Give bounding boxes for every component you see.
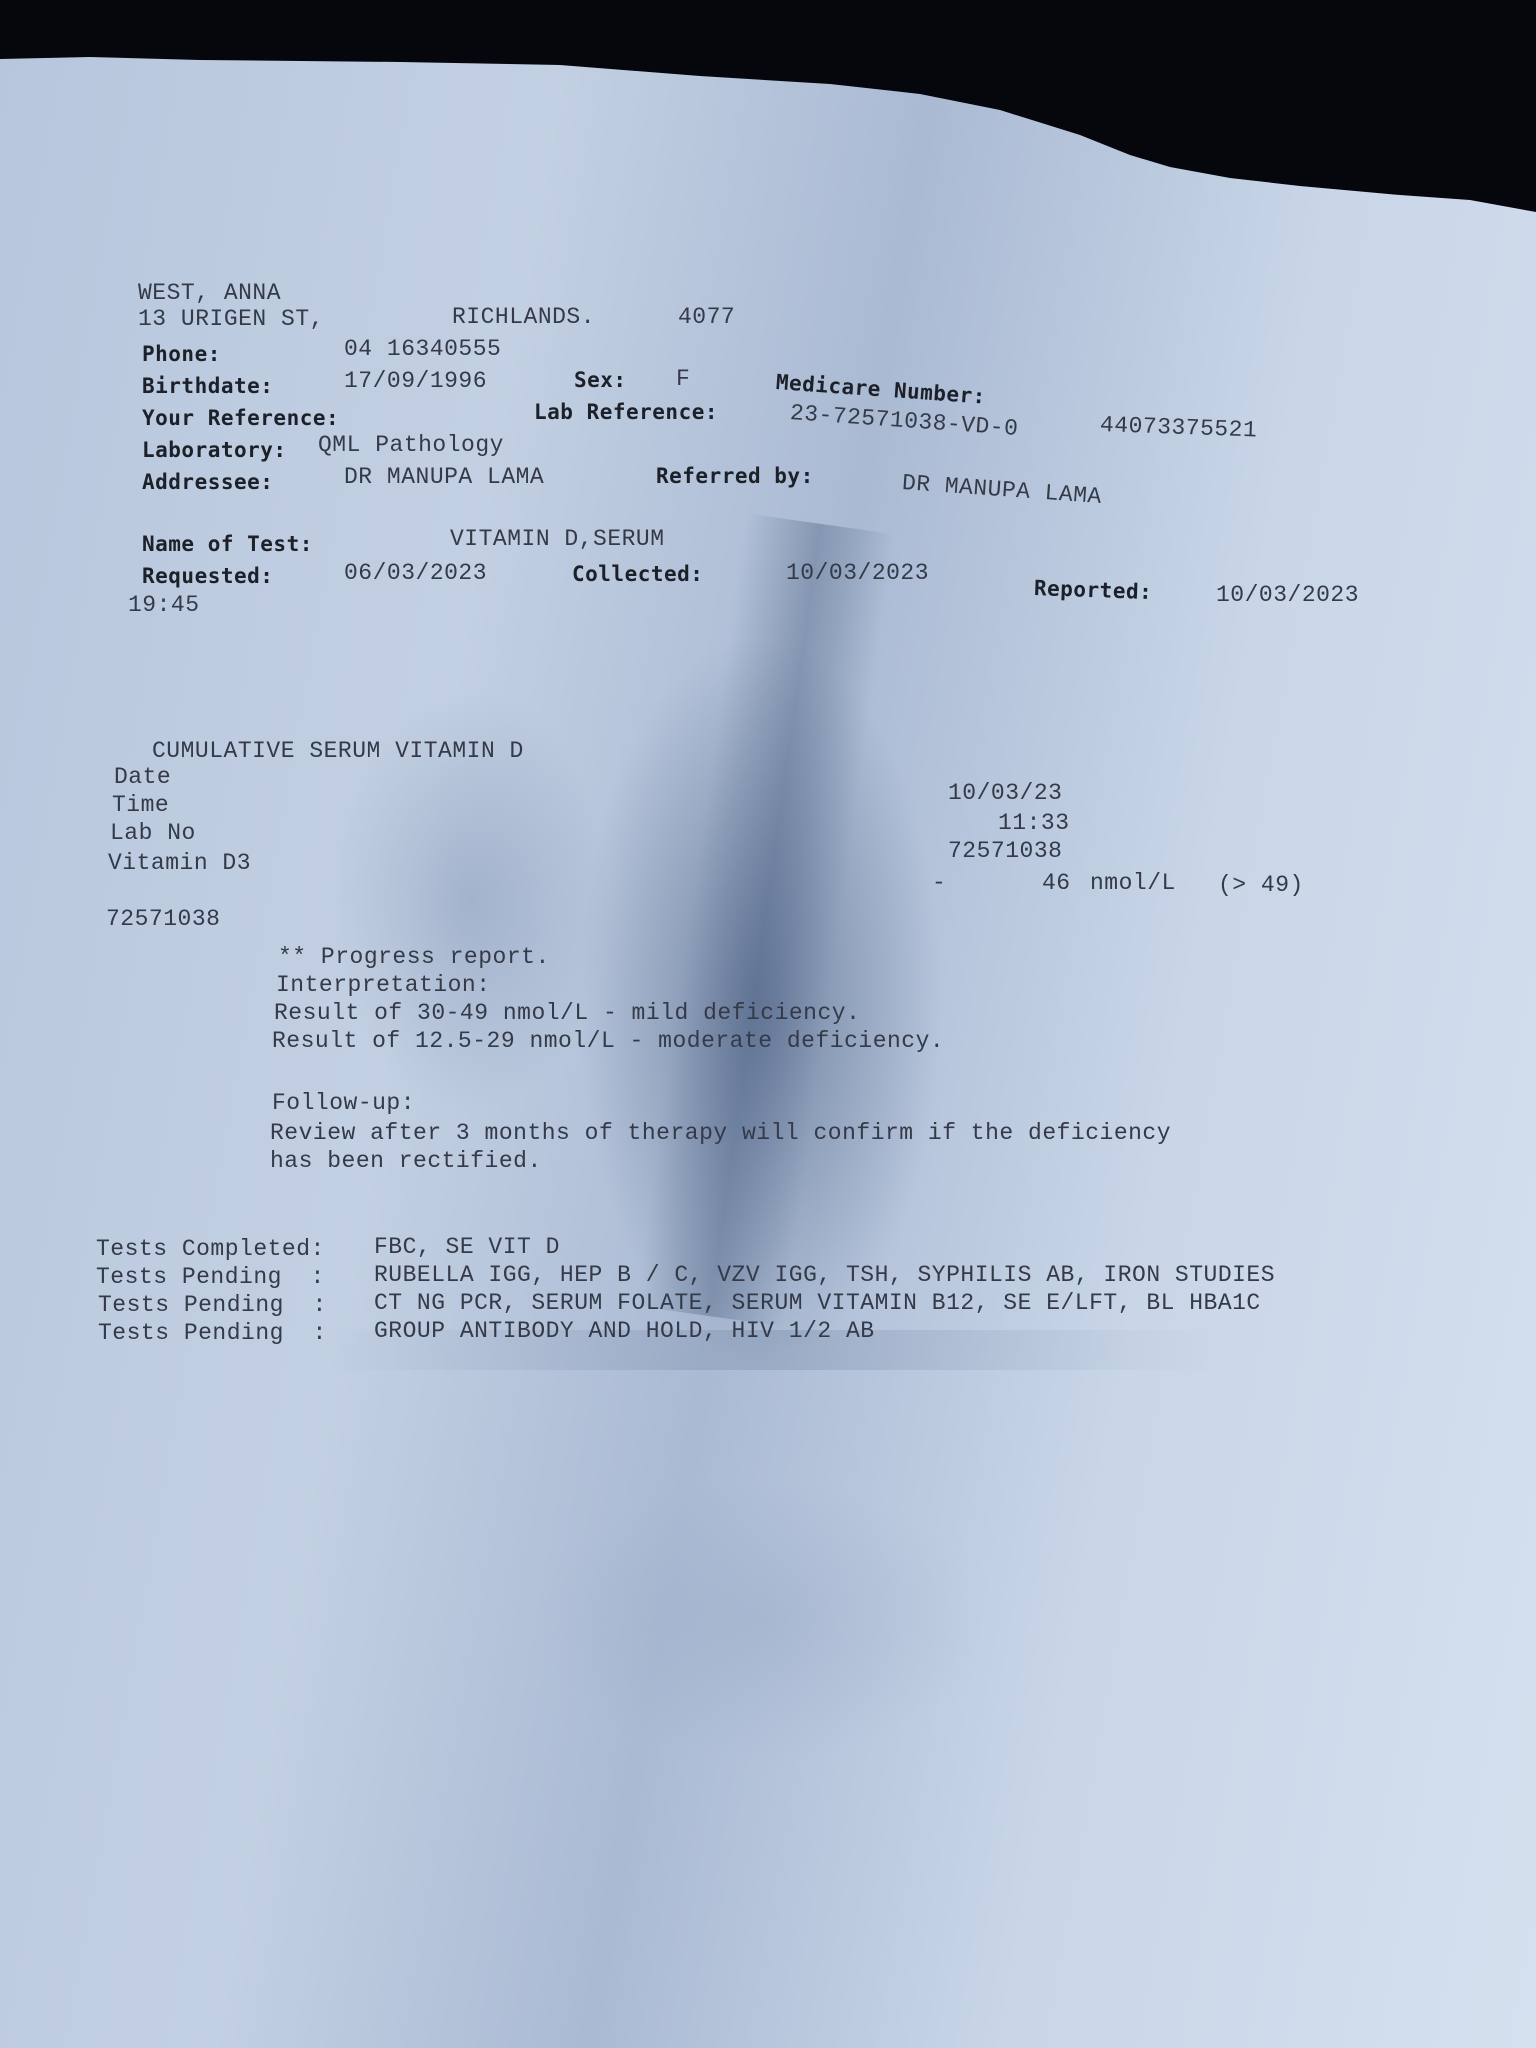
sex-label: Sex: bbox=[574, 368, 627, 392]
tests-pending-value-2: CT NG PCR, SERUM FOLATE, SERUM VITAMIN B… bbox=[374, 1290, 1261, 1316]
lab-report-paper: WEST, ANNA 13 URIGEN ST, RICHLANDS. 4077… bbox=[0, 0, 1536, 2048]
tests-completed-label: Tests Completed: bbox=[96, 1236, 325, 1262]
laboratory-label: Laboratory: bbox=[142, 438, 287, 462]
laboratory-value: QML Pathology bbox=[318, 432, 504, 458]
reported-value: 10/03/2023 bbox=[1216, 582, 1359, 608]
referred-by-value: DR MANUPA LAMA bbox=[901, 470, 1103, 510]
tests-pending-label-2: Tests Pending : bbox=[98, 1292, 327, 1318]
requested-label: Requested: bbox=[142, 564, 273, 588]
birthdate-label: Birthdate: bbox=[142, 374, 273, 398]
progress-report-note: ** Progress report. bbox=[278, 944, 550, 970]
patient-name: WEST, ANNA bbox=[138, 280, 281, 306]
result-value-vitamin-d3: 46 bbox=[1042, 870, 1071, 896]
test-name-value: VITAMIN D,SERUM bbox=[450, 526, 665, 552]
requested-value: 06/03/2023 bbox=[344, 560, 487, 586]
addressee-label: Addressee: bbox=[142, 470, 273, 494]
test-name-label: Name of Test: bbox=[142, 532, 313, 556]
tests-pending-value-1: RUBELLA IGG, HEP B / C, VZV IGG, TSH, SY… bbox=[374, 1262, 1275, 1288]
result-flag-vitamin-d3: - bbox=[932, 870, 946, 896]
paper-crease bbox=[635, 513, 895, 1326]
tests-pending-label-1: Tests Pending : bbox=[96, 1264, 325, 1290]
patient-suburb: RICHLANDS. bbox=[452, 304, 595, 330]
phone-label: Phone: bbox=[142, 342, 221, 366]
result-value-time: 11:33 bbox=[998, 810, 1070, 836]
tests-completed-value: FBC, SE VIT D bbox=[374, 1234, 560, 1260]
result-reference-vitamin-d3: (> 49) bbox=[1218, 872, 1304, 898]
cumulative-title: CUMULATIVE SERUM VITAMIN D bbox=[152, 738, 524, 764]
collected-value: 10/03/2023 bbox=[786, 560, 929, 586]
collected-label: Collected: bbox=[572, 562, 703, 586]
birthdate-value: 17/09/1996 bbox=[344, 368, 487, 394]
patient-street: 13 URIGEN ST, bbox=[138, 306, 324, 332]
reported-label: Reported: bbox=[1034, 576, 1153, 604]
your-reference-label: Your Reference: bbox=[142, 406, 339, 430]
lab-reference-label: Lab Reference: bbox=[534, 400, 718, 424]
reported-time: 19:45 bbox=[128, 592, 200, 618]
tests-pending-value-3: GROUP ANTIBODY AND HOLD, HIV 1/2 AB bbox=[374, 1318, 875, 1344]
followup-line-1: Review after 3 months of therapy will co… bbox=[270, 1120, 1171, 1146]
referred-by-label: Referred by: bbox=[656, 464, 814, 488]
result-label-date: Date bbox=[114, 764, 171, 790]
followup-line-2: has been rectified. bbox=[270, 1148, 542, 1174]
followup-label: Follow-up: bbox=[272, 1090, 415, 1116]
patient-postcode: 4077 bbox=[678, 304, 735, 330]
result-value-lab-no: 72571038 bbox=[948, 838, 1062, 864]
result-label-time: Time bbox=[112, 792, 169, 818]
result-label-lab-no: Lab No bbox=[110, 820, 196, 846]
result-unit-vitamin-d3: nmol/L bbox=[1090, 870, 1176, 896]
interpretation-label: Interpretation: bbox=[276, 972, 491, 998]
interpretation-line-mild: Result of 30-49 nmol/L - mild deficiency… bbox=[274, 1000, 860, 1026]
lab-number-footer: 72571038 bbox=[106, 906, 220, 932]
addressee-value: DR MANUPA LAMA bbox=[344, 464, 544, 490]
tests-pending-label-3: Tests Pending : bbox=[98, 1320, 327, 1346]
medicare-value: 44073375521 bbox=[1100, 412, 1258, 443]
sex-value: F bbox=[676, 366, 690, 392]
phone-value: 04 16340555 bbox=[344, 336, 501, 362]
interpretation-line-moderate: Result of 12.5-29 nmol/L - moderate defi… bbox=[272, 1028, 944, 1054]
result-label-vitamin-d3: Vitamin D3 bbox=[108, 850, 251, 876]
result-value-date: 10/03/23 bbox=[948, 780, 1062, 806]
